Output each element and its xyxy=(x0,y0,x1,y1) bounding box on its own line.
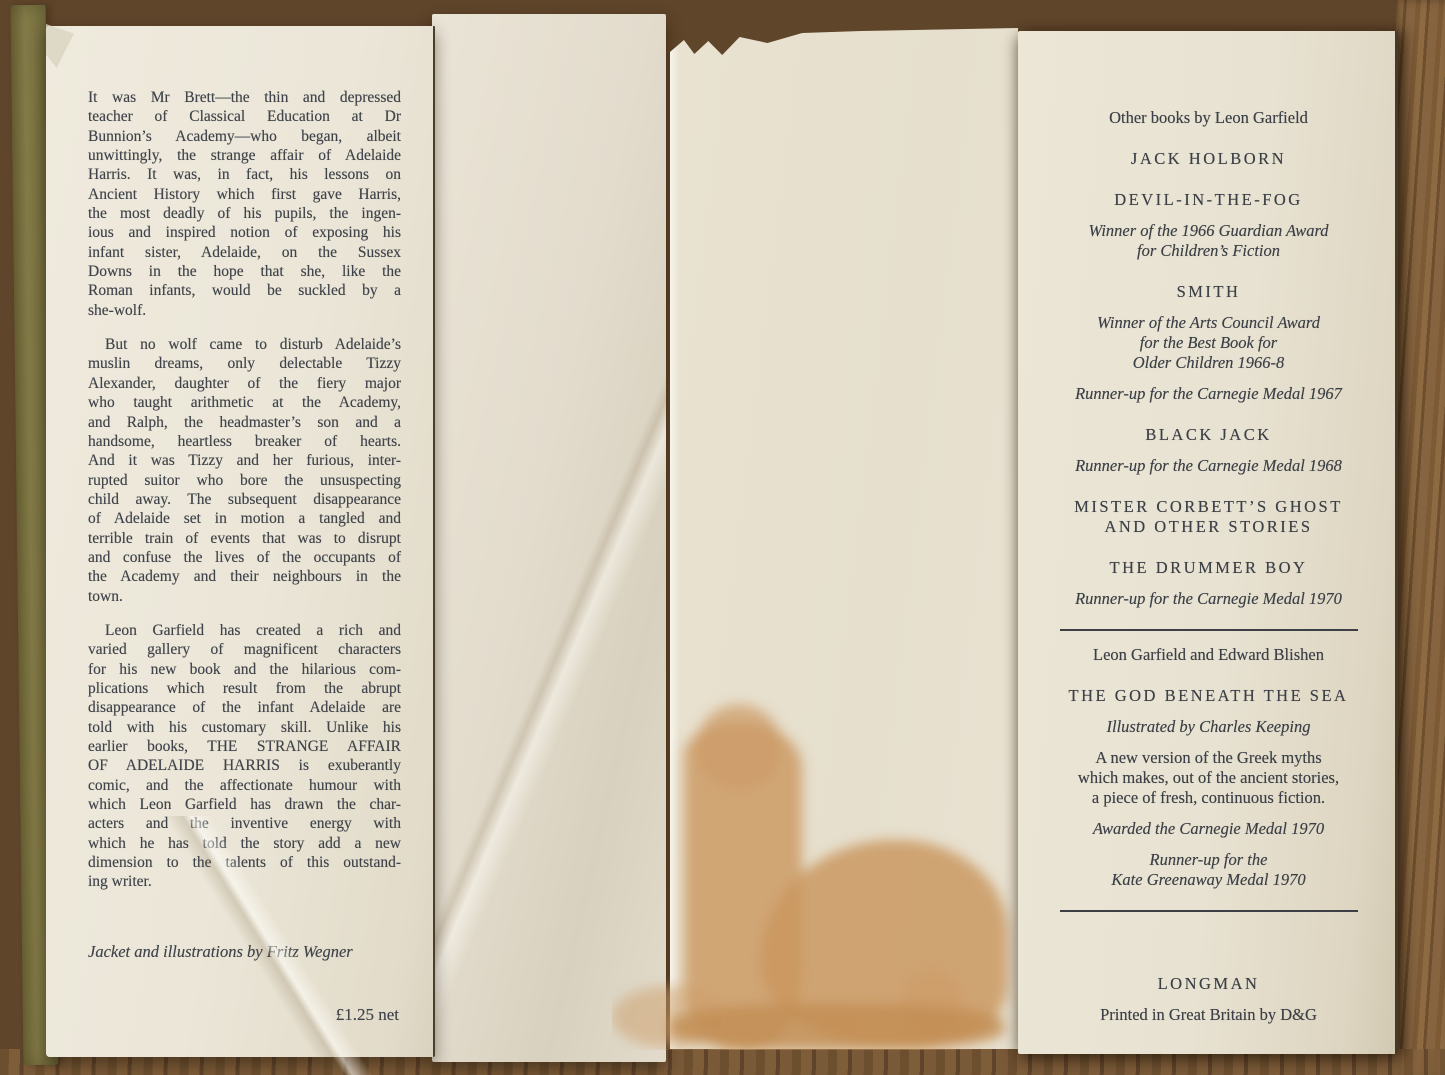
award-note: Runner-up for the Carnegie Medal 1968 xyxy=(1052,456,1365,476)
entry-line: BLACK JACK xyxy=(1052,425,1365,445)
blurb-line: terrible train of events that was to dis… xyxy=(88,529,401,548)
entry-line: Winner of the 1966 Guardian Award xyxy=(1052,221,1365,241)
book-title: MISTER CORBETT’S GHOSTAND OTHER STORIES xyxy=(1052,497,1365,537)
entry-line: JACK HOLBORN xyxy=(1052,149,1365,169)
entry-line: Leon Garfield and Edward Blishen xyxy=(1052,645,1365,665)
other-books-heading: Other books by Leon Garfield xyxy=(1052,107,1365,128)
award-note: Runner-up for theKate Greenaway Medal 19… xyxy=(1052,850,1365,890)
blurb-line: OF ADELAIDE HARRIS is exuberantly xyxy=(88,756,401,775)
blurb-line: infant sister, Adelaide, on the Sussex xyxy=(88,243,401,262)
award-note: Winner of the 1966 Guardian Awardfor Chi… xyxy=(1052,221,1365,261)
front-flap-blurb: It was Mr Brett—the thin and depressedte… xyxy=(46,26,433,1057)
entry-line: MISTER CORBETT’S GHOST xyxy=(1052,497,1365,517)
illustrator-credit: Jacket and illustrations by Fritz Wegner xyxy=(88,942,401,961)
entry-line: Runner-up for the Carnegie Medal 1968 xyxy=(1052,456,1365,476)
blurb-line: who taught arithmetic at the Academy, xyxy=(88,393,401,412)
note-text: Leon Garfield and Edward Blishen xyxy=(1052,645,1365,665)
entry-line: Older Children 1966-8 xyxy=(1052,353,1365,373)
entry-line: for Children’s Fiction xyxy=(1052,241,1365,261)
entry-line: SMITH xyxy=(1052,282,1365,302)
blurb-line: teacher of Classical Education at Dr xyxy=(88,107,401,126)
back-flap: Other books by Leon Garfield JACK HOLBOR… xyxy=(1018,31,1398,1054)
blurb-line: Leon Garfield has created a rich and xyxy=(88,621,401,640)
blurb-line: ing writer. xyxy=(88,872,401,891)
entry-line: Awarded the Carnegie Medal 1970 xyxy=(1052,819,1365,839)
blurb-line: Ancient History which first gave Harris, xyxy=(88,185,401,204)
blurb-line: But no wolf came to disturb Adelaide’s xyxy=(88,335,401,354)
blurb-line: rupted suitor who bore the unsuspecting xyxy=(88,471,401,490)
entry-line: Illustrated by Charles Keeping xyxy=(1052,717,1365,737)
book-photo: It was Mr Brett—the thin and depressedte… xyxy=(0,0,1445,1075)
entry-line: DEVIL-IN-THE-FOG xyxy=(1052,190,1365,210)
blurb-line: dimension to the talents of this outstan… xyxy=(88,853,401,872)
blurb-paragraph-1: It was Mr Brett—the thin and depressedte… xyxy=(88,88,401,320)
blurb-line: Downs in the hope that she, like the xyxy=(88,262,401,281)
entry-line: LONGMAN xyxy=(1052,974,1365,994)
entry-line: Runner-up for the Carnegie Medal 1967 xyxy=(1052,384,1365,404)
centre-endpaper xyxy=(670,28,1018,1049)
blurb-line: town. xyxy=(88,587,401,606)
award-note: Illustrated by Charles Keeping xyxy=(1052,717,1365,737)
book-title: JACK HOLBORN xyxy=(1052,149,1365,169)
award-note: Runner-up for the Carnegie Medal 1967 xyxy=(1052,384,1365,404)
entry-line: AND OTHER STORIES xyxy=(1052,517,1365,537)
entry-line: THE DRUMMER BOY xyxy=(1052,558,1365,578)
blurb-line: the most deadly of his pupils, the ingen… xyxy=(88,204,401,223)
blurb-line: child away. The subsequent disappearance xyxy=(88,490,401,509)
entry-line: Winner of the Arts Council Award xyxy=(1052,313,1365,333)
note-text: Printed in Great Britain by D&G xyxy=(1052,1005,1365,1025)
award-note: Winner of the Arts Council Awardfor the … xyxy=(1052,313,1365,373)
award-note: Awarded the Carnegie Medal 1970 xyxy=(1052,819,1365,839)
blurb-line: unwittingly, the strange affair of Adela… xyxy=(88,146,401,165)
flap-paragraphs: It was Mr Brett—the thin and depressedte… xyxy=(88,88,401,892)
blurb-line: It was Mr Brett—the thin and depressed xyxy=(88,88,401,107)
blurb-line: Roman infants, would be suckled by a xyxy=(88,281,401,300)
blurb-line: varied gallery of magnificent characters xyxy=(88,640,401,659)
divider-rule xyxy=(1060,910,1358,912)
entry-line: Printed in Great Britain by D&G xyxy=(1052,1005,1365,1025)
book-title: DEVIL-IN-THE-FOG xyxy=(1052,190,1365,210)
blurb-line: which he has told the story add a new xyxy=(88,834,401,853)
blurb-line: she-wolf. xyxy=(88,301,401,320)
blurb-line: and Ralph, the headmaster’s son and a xyxy=(88,413,401,432)
blurb-line: muslin dreams, only delectable Tizzy xyxy=(88,354,401,373)
blurb-paragraph-2: But no wolf came to disturb Adelaide’smu… xyxy=(88,335,401,606)
blurb-line: handsome, heartless breaker of hearts. xyxy=(88,432,401,451)
note-text: A new version of the Greek mythswhich ma… xyxy=(1052,748,1365,808)
other-books-list: Other books by Leon Garfield JACK HOLBOR… xyxy=(1018,31,1395,1054)
blurb-line: Alexander, daughter of the fiery major xyxy=(88,374,401,393)
book-title: LONGMAN xyxy=(1052,974,1365,994)
blurb-line: acters and the inventive energy with xyxy=(88,814,401,833)
blurb-line: And it was Tizzy and her furious, inter- xyxy=(88,451,401,470)
entry-line: THE GOD BENEATH THE SEA xyxy=(1052,686,1365,706)
entry-line: Kate Greenaway Medal 1970 xyxy=(1052,870,1365,890)
book-title: BLACK JACK xyxy=(1052,425,1365,445)
entry-line: Runner-up for the xyxy=(1052,850,1365,870)
blurb-line: of Adelaide set in motion a tangled and xyxy=(88,509,401,528)
book-title: SMITH xyxy=(1052,282,1365,302)
blurb-line: Harris. It was, in fact, his lessons on xyxy=(88,165,401,184)
blurb-paragraph-3: Leon Garfield has created a rich andvari… xyxy=(88,621,401,892)
blurb-line: disappearance of the infant Adelaide are xyxy=(88,698,401,717)
blurb-line: and confuse the lives of the occupants o… xyxy=(88,548,401,567)
book-title: THE GOD BENEATH THE SEA xyxy=(1052,686,1365,706)
jacket-fold-panel xyxy=(432,14,666,1062)
blurb-line: Bunnion’s Academy—who began, albeit xyxy=(88,127,401,146)
entry-line: a piece of fresh, continuous fiction. xyxy=(1052,788,1365,808)
blurb-line: ious and inspired notion of exposing his xyxy=(88,223,401,242)
book-title: THE DRUMMER BOY xyxy=(1052,558,1365,578)
entry-line: Runner-up for the Carnegie Medal 1970 xyxy=(1052,589,1365,609)
blurb-line: told with his customary skill. Unlike hi… xyxy=(88,718,401,737)
award-note: Runner-up for the Carnegie Medal 1970 xyxy=(1052,589,1365,609)
blurb-line: plications which result from the abrupt xyxy=(88,679,401,698)
blurb-line: earlier books, THE STRANGE AFFAIR xyxy=(88,737,401,756)
blurb-line: for his new book and the hilarious com- xyxy=(88,660,401,679)
blurb-line: comic, and the affectionate humour with xyxy=(88,776,401,795)
divider-rule xyxy=(1060,629,1358,631)
book-entries: JACK HOLBORNDEVIL-IN-THE-FOGWinner of th… xyxy=(1052,149,1365,1025)
price-label: £1.25 net xyxy=(88,1005,401,1024)
blurb-line: the Academy and their neighbours in the xyxy=(88,567,401,586)
front-flap: It was Mr Brett—the thin and depressedte… xyxy=(46,26,435,1057)
blurb-line: which Leon Garfield has drawn the char- xyxy=(88,795,401,814)
entry-line: for the Best Book for xyxy=(1052,333,1365,353)
wood-table-right xyxy=(1393,0,1445,1075)
entry-line: A new version of the Greek myths xyxy=(1052,748,1365,768)
entry-line: which makes, out of the ancient stories, xyxy=(1052,768,1365,788)
